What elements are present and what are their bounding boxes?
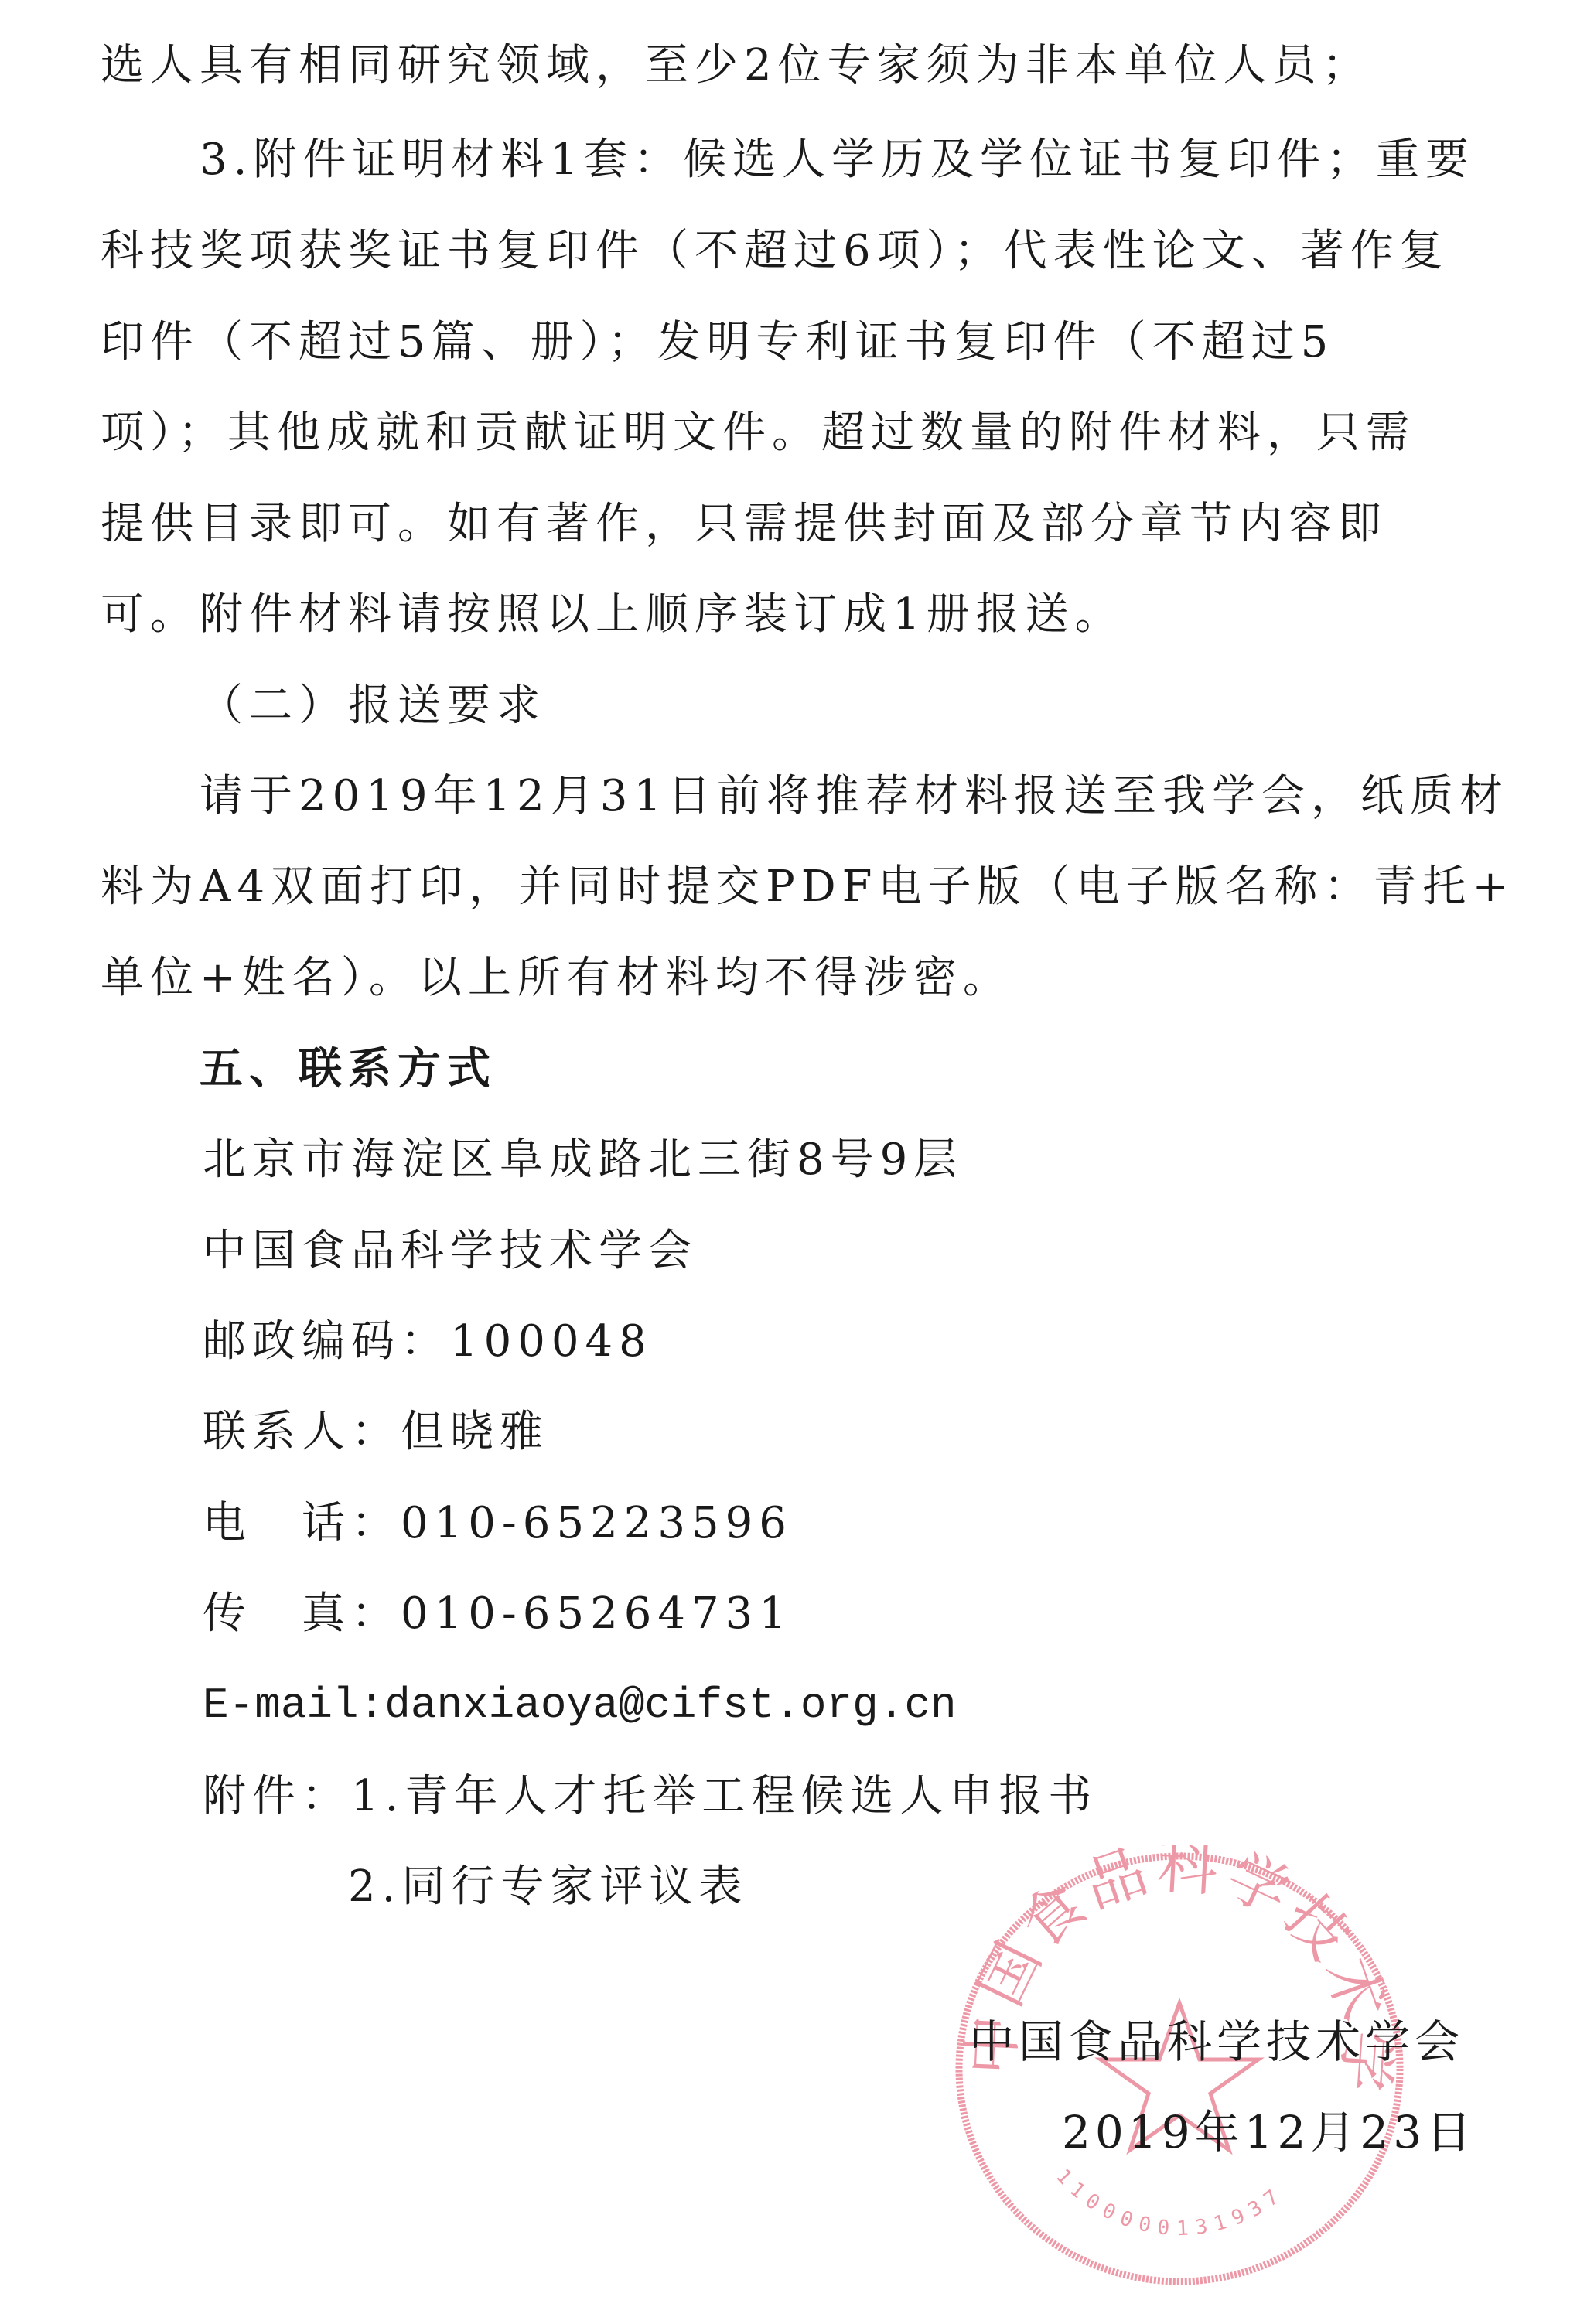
submission-line: 单位+姓名）。以上所有材料均不得涉密。 — [101, 951, 1012, 1005]
submission-line: 料为A4双面打印，并同时提交PDF电子版（电子版名称：青托+ — [101, 860, 1514, 914]
svg-text:1100000131937: 1100000131937 — [1051, 2165, 1289, 2240]
contact-person: 联系人：但晓雅 — [203, 1405, 549, 1459]
contact-postcode: 邮政编码：100048 — [203, 1315, 653, 1369]
official-seal-icon: 中国食品科学技术学会 1100000131937 — [947, 1845, 1411, 2293]
paragraph-line: 3.附件证明材料1套：候选人学历及学位证书复印件；重要 — [200, 133, 1475, 187]
paragraph-line: 印件（不超过5篇、册）；发明专利证书复印件（不超过5 — [101, 316, 1334, 370]
submission-line: 请于2019年12月31日前将推荐材料报送至我学会，纸质材 — [200, 770, 1509, 824]
contact-phone: 电 话：010-65223596 — [203, 1496, 793, 1551]
subsection-title: （二）报送要求 — [200, 679, 546, 733]
paragraph-line: 可。附件材料请按照以上顺序装订成1册报送。 — [101, 588, 1125, 642]
paragraph-line: 项）；其他成就和贡献证明文件。超过数量的附件材料，只需 — [101, 406, 1415, 460]
contact-email[interactable]: E-mail:danxiaoya@cifst.org.cn — [203, 1678, 957, 1732]
paragraph-line: 提供目录即可。如有著作，只需提供封面及部分章节内容即 — [101, 497, 1387, 551]
contact-address: 北京市海淀区阜成路北三街8号9层 — [203, 1133, 963, 1187]
paragraph-line: 选人具有相同研究领域，至少2位专家须为非本单位人员； — [101, 39, 1372, 93]
attachment-item-1: 附件：1.青年人才托举工程候选人申报书 — [203, 1769, 1097, 1824]
contact-organization: 中国食品科学技术学会 — [203, 1224, 698, 1278]
attachment-item-2: 2.同行专家评议表 — [348, 1860, 748, 1914]
contact-fax: 传 真：010-65264731 — [203, 1587, 793, 1641]
signature-organization: 中国食品科学技术学会 — [969, 2015, 1464, 2069]
paragraph-line: 科技奖项获奖证书复印件（不超过6项）；代表性论文、著作复 — [101, 224, 1449, 278]
section-title: 五、联系方式 — [200, 1042, 497, 1096]
signature-date: 2019年12月23日 — [1062, 2105, 1476, 2159]
